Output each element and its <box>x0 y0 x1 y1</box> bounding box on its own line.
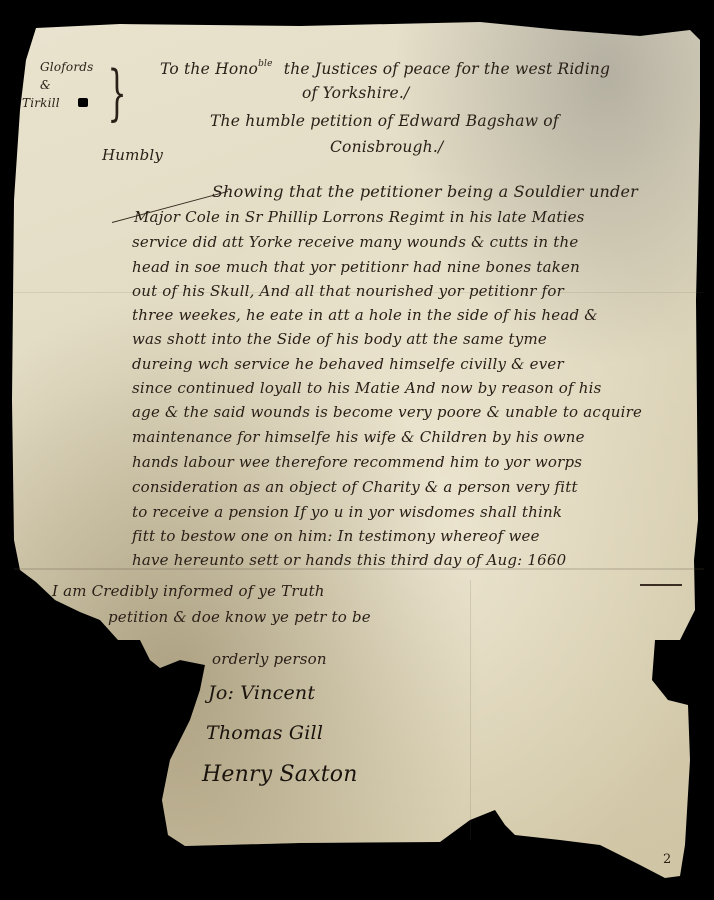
body-line: head in soe much that yor petitionr had … <box>132 258 580 276</box>
brace-mark: } <box>108 58 127 128</box>
certification-line: petition & doe know ye petr to be <box>108 608 371 626</box>
body-line: have hereunto sett or hands this third d… <box>132 551 566 569</box>
body-line: out of his Skull, And all that nourished… <box>132 282 564 300</box>
body-line: Major Cole in Sr Phillip Lorrons Regimt … <box>134 208 585 226</box>
address-rest: the Justices of peace for the west Ridin… <box>284 60 610 78</box>
body-line: since continued loyall to his Matie And … <box>132 379 601 397</box>
address-prefix: To the Hono <box>160 60 258 78</box>
body-line: fitt to bestow one on him: In testimony … <box>132 527 540 545</box>
body-line: hands labour wee therefore recommend him… <box>132 453 582 471</box>
petition-title-line-2: Conisbrough./ <box>330 138 443 156</box>
address-line-2: of Yorkshire./ <box>302 84 409 102</box>
docket-line: & <box>40 78 51 92</box>
paper-hole <box>78 98 88 107</box>
signature-gill: Thomas Gill <box>206 722 323 744</box>
body-line: to receive a pension If yo u in yor wisd… <box>132 503 562 521</box>
body-line: age & the said wounds is become very poo… <box>132 403 642 421</box>
certification-line: orderly person <box>212 650 327 668</box>
body-line: service did att Yorke receive many wound… <box>132 233 578 251</box>
address-superscript: ble <box>258 59 273 69</box>
fold-line <box>470 580 471 840</box>
body-line: was shott into the Side of his body att … <box>132 330 547 348</box>
petition-title-line-1: The humble petition of Edward Bagshaw of <box>210 112 559 130</box>
underline-stroke <box>640 584 682 586</box>
humbly-heading: Humbly <box>102 146 163 164</box>
body-line: dureing wch service he behaved himselfe … <box>132 355 564 373</box>
certification-line: I am Credibly informed of ye Truth <box>52 582 325 600</box>
docket-line: Glofords <box>40 60 94 74</box>
body-line: three weekes, he eate in att a hole in t… <box>132 306 598 324</box>
body-line: Showing that the petitioner being a Soul… <box>212 182 638 201</box>
signature-vincent: Jo: Vincent <box>208 682 315 704</box>
signature-saxton: Henry Saxton <box>202 762 358 787</box>
body-line: consideration as an object of Charity & … <box>132 478 578 496</box>
folio-number: 2 <box>663 852 671 867</box>
address-line-1: To the Honoble the Justices of peace for… <box>160 60 610 78</box>
body-line: maintenance for himselfe his wife & Chil… <box>132 428 585 446</box>
docket-line: Tirkill <box>22 96 60 110</box>
